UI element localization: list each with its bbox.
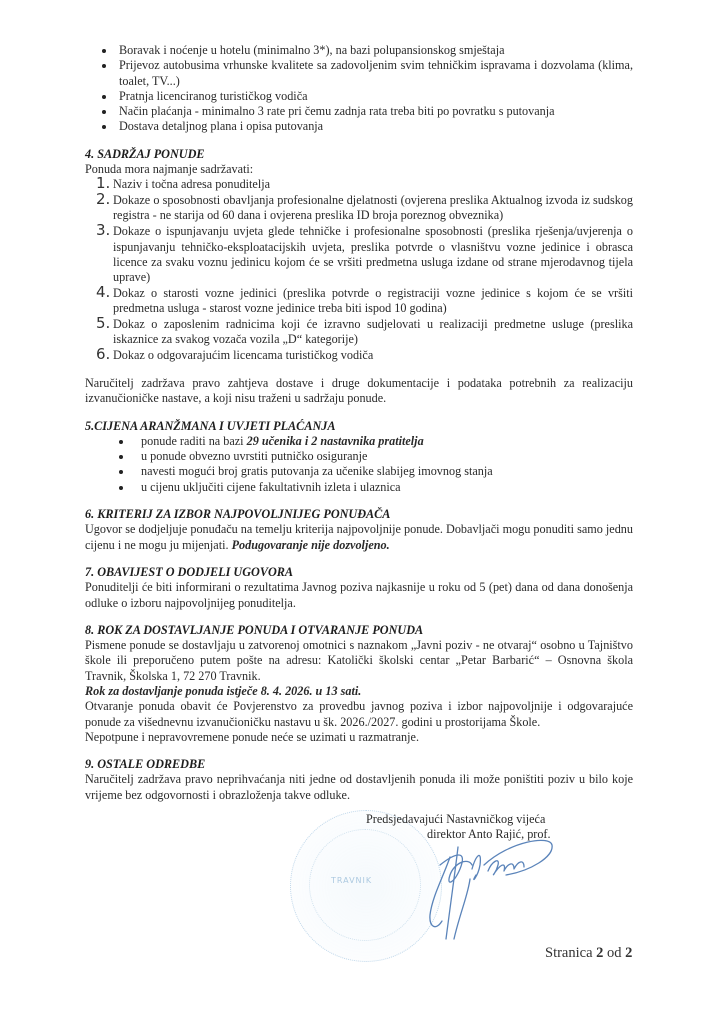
list-number: 3.	[96, 223, 110, 238]
section-heading: 6. KRITERIJ ZA IZBOR NAJPOVOLJNIJEG PONU…	[85, 507, 633, 522]
section-text: Ponuditelji će biti informirani o rezult…	[85, 580, 633, 611]
document-page: TRAVNIK Boravak i noćenje u hotelu (mini…	[0, 0, 723, 1024]
list-item: ponude raditi na bazi 29 učenika i 2 nas…	[85, 434, 633, 449]
section-7-contract-notice: 7. OBAVIJEST O DODJELI UGOVORA Ponuditel…	[85, 565, 633, 611]
section-note: Naručitelj zadržava pravo zahtjeva dosta…	[85, 376, 633, 407]
list-item: Boravak i noćenje u hotelu (minimalno 3*…	[85, 43, 633, 58]
section-text: Ugovor se dodjeljuje ponuđaču na temelju…	[85, 522, 633, 553]
list-item: Dostava detaljnog plana i opisa putovanj…	[85, 119, 633, 134]
list-item: Način plaćanja - minimalno 3 rate pri če…	[85, 104, 633, 119]
bullet-icon	[102, 125, 106, 129]
section-4-offer-contents: 4. SADRŽAJ PONUDE Ponuda mora najmanje s…	[85, 147, 633, 407]
section-5-price-and-payment: 5.CIJENA ARANŽMANA I UVJETI PLAĆANJA pon…	[85, 419, 633, 495]
bullet-icon	[102, 110, 106, 114]
section-8-submission-deadline: 8. ROK ZA DOSTAVLJANJE PONUDA I OTVARANJ…	[85, 623, 633, 745]
list-item: u ponude obvezno uvrstiti putničko osigu…	[85, 449, 633, 464]
numbered-list: 1.Naziv i točna adresa ponuditelja 2.Dok…	[85, 177, 633, 363]
page-number: Stranica 2 od 2	[545, 946, 632, 961]
list-item: 1.Naziv i točna adresa ponuditelja	[85, 177, 633, 192]
list-item: Prijevoz autobusima vrhunske kvalitete s…	[85, 58, 633, 89]
list-number: 4.	[96, 285, 110, 300]
section-6-selection-criteria: 6. KRITERIJ ZA IZBOR NAJPOVOLJNIJEG PONU…	[85, 507, 633, 553]
list-item: u cijenu uključiti cijene fakultativnih …	[85, 480, 633, 495]
bullet-icon	[102, 64, 106, 68]
bullet-icon	[102, 95, 106, 99]
stamp-text: TRAVNIK	[331, 873, 372, 888]
section-text: Naručitelj zadržava pravo neprihvaćanja …	[85, 772, 633, 803]
section-heading: 8. ROK ZA DOSTAVLJANJE PONUDA I OTVARANJ…	[85, 623, 633, 638]
emphasis-text: 29 učenika i 2 nastavnika pratitelja	[247, 434, 424, 448]
list-item: 2.Dokaze o sposobnosti obavljanja profes…	[85, 193, 633, 224]
bullet-list: ponude raditi na bazi 29 učenika i 2 nas…	[85, 434, 633, 495]
list-number: 6.	[96, 347, 110, 362]
section-intro: Ponuda mora najmanje sadržavati:	[85, 162, 633, 177]
section-text: Pismene ponude se dostavljaju u zatvoren…	[85, 638, 633, 684]
list-item: 4.Dokaz o starosti vozne jedinici (presl…	[85, 286, 633, 317]
total-pages: 2	[625, 945, 632, 961]
section-9-other-provisions: 9. OSTALE ODREDBE Naručitelj zadržava pr…	[85, 757, 633, 803]
bullet-icon	[119, 486, 123, 490]
document-body: Boravak i noćenje u hotelu (minimalno 3*…	[85, 43, 633, 803]
list-number: 5.	[96, 316, 110, 331]
bullet-icon	[119, 455, 123, 459]
intro-bullet-list: Boravak i noćenje u hotelu (minimalno 3*…	[85, 43, 633, 135]
list-item: Pratnja licenciranog turističkog vodiča	[85, 89, 633, 104]
list-number: 2.	[96, 192, 110, 207]
deadline-text: Rok za dostavljanje ponuda istječe 8. 4.…	[85, 684, 633, 699]
bullet-icon	[119, 440, 123, 444]
section-heading: 4. SADRŽAJ PONUDE	[85, 147, 633, 162]
signatory-title: Predsjedavajući Nastavničkog vijeća	[366, 812, 626, 827]
section-heading: 5.CIJENA ARANŽMANA I UVJETI PLAĆANJA	[85, 419, 633, 434]
section-text: Nepotpune i nepravovremene ponude neće s…	[85, 730, 633, 745]
section-text: Otvaranje ponuda obavit će Povjerenstvo …	[85, 699, 633, 730]
handwritten-signature-icon	[410, 835, 560, 945]
bullet-icon	[119, 470, 123, 474]
section-heading: 9. OSTALE ODREDBE	[85, 757, 633, 772]
list-item: navesti mogući broj gratis putovanja za …	[85, 464, 633, 479]
list-item: 3.Dokaze o ispunjavanju uvjeta glede teh…	[85, 224, 633, 285]
list-item: 6.Dokaz o odgovarajućim licencama turist…	[85, 348, 633, 363]
section-heading: 7. OBAVIJEST O DODJELI UGOVORA	[85, 565, 633, 580]
list-item: 5.Dokaz o zaposlenim radnicima koji će i…	[85, 317, 633, 348]
bullet-icon	[102, 49, 106, 53]
emphasis-text: Podugovaranje nije dozvoljeno.	[232, 538, 390, 552]
